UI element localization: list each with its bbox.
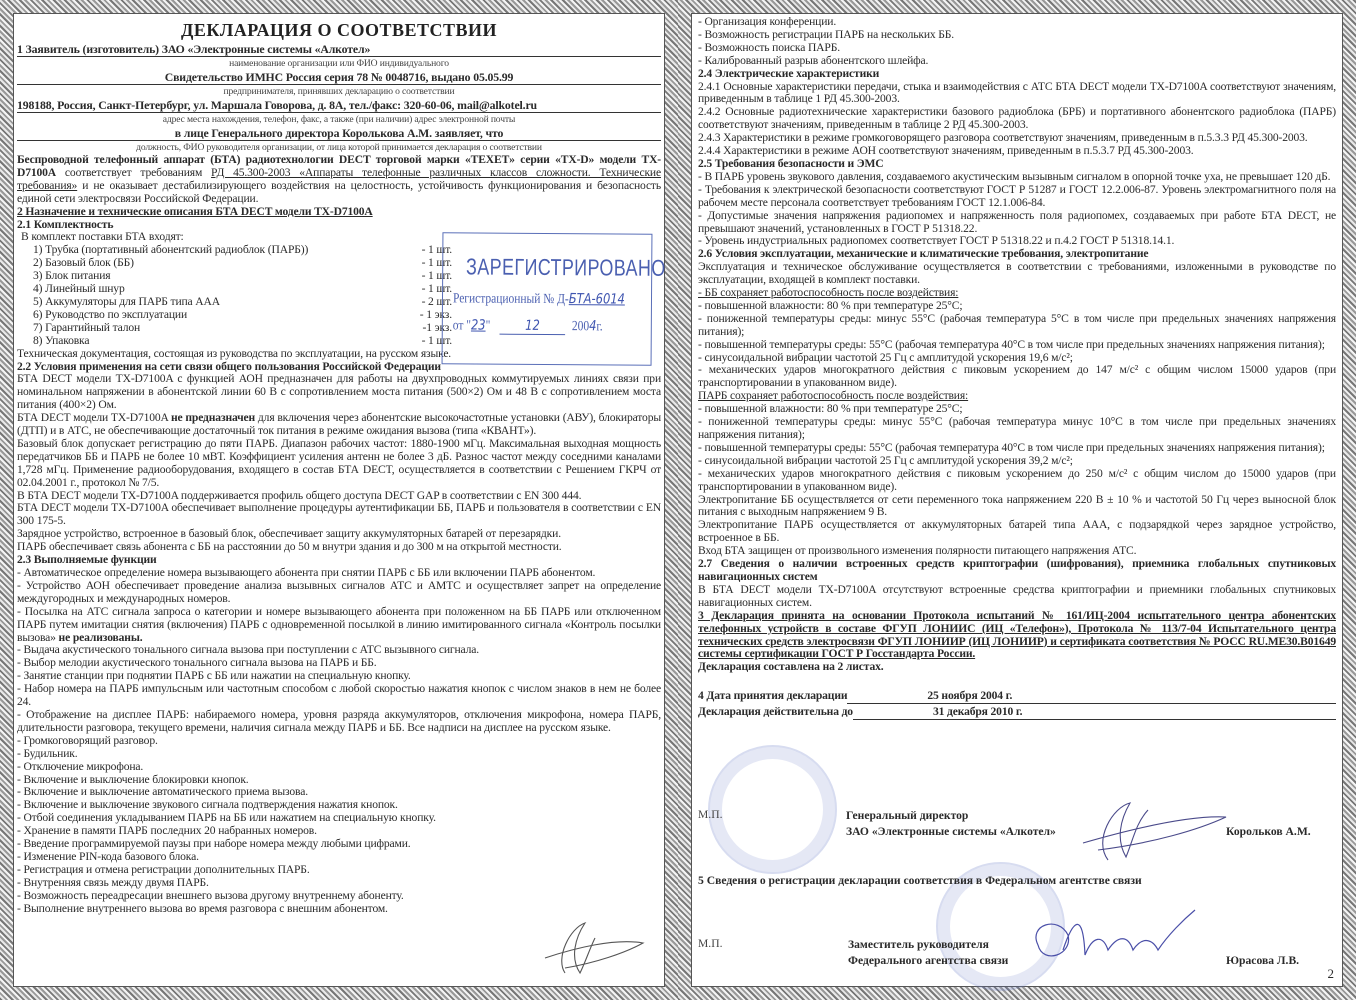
signer-2-name: Юрасова Л.В.	[1226, 953, 1299, 969]
function-item: - Посылка на АТС сигнала запроса о катег…	[17, 606, 661, 645]
functions-continued: - Организация конференции.- Возможность …	[698, 16, 1336, 68]
applicant-line: 1 Заявитель (изготовитель) ЗАО «Электрон…	[17, 42, 661, 57]
bb-condition: - повышенной температуры среды: 55°С (ра…	[698, 339, 1336, 352]
function-item: - Выполнение внутреннего вызова во время…	[17, 903, 661, 916]
stamp-day-suffix: "	[486, 319, 491, 334]
signer-2-org: Федерального агентства связи	[848, 953, 1008, 969]
kit-item-name: 6) Руководство по эксплуатации	[17, 309, 392, 322]
function-item: - Возможность регистрации ПАРБ на нескол…	[698, 29, 1336, 42]
stamp-year-prefix: 200	[572, 319, 589, 334]
stamp-title: ЗАРЕГИСТРИРОВАНО	[466, 253, 628, 281]
function-item: - Возможность переадресации внешнего выз…	[17, 890, 661, 903]
kit-item-name: 5) Аккумуляторы для ПАРБ типа ААА	[17, 296, 392, 309]
s25-list: - В ПАРБ уровень звукового давления, соз…	[698, 171, 1336, 248]
address-line: 198188, Россия, Санкт-Петербург, ул. Мар…	[17, 98, 661, 113]
registration-stamp: ЗАРЕГИСТРИРОВАНО Регистрационный № Д-БТА…	[442, 232, 653, 365]
function-item: - Организация конференции.	[698, 16, 1336, 29]
signer-2-title: Заместитель руководителя	[848, 937, 1008, 953]
company-seal	[708, 745, 837, 874]
s22-paragraph-1: БТА DECT модели TX-D7100A с функцией АОН…	[17, 373, 661, 412]
not-intended-emphasis: не предназначен	[171, 411, 255, 424]
certificate-line: Свидетельство ИМНС Россия серия 78 № 004…	[17, 70, 661, 85]
functions-list: - Автоматическое определение номера вызы…	[17, 567, 661, 915]
signer-1-name: Корольков А.М.	[1226, 824, 1311, 840]
mp-1: М.П.	[698, 808, 722, 821]
function-item: - Отключение микрофона.	[17, 761, 661, 774]
bb-list: - повышенной влажности: 80 % при темпера…	[698, 300, 1336, 390]
bb-title: - ББ сохраняет работоспособность после в…	[698, 287, 1336, 300]
s24-list: 2.4.1 Основные характеристики передачи, …	[698, 81, 1336, 158]
stamp-date-prefix: от "	[453, 318, 471, 333]
stamp-reg-label: Регистрационный № Д-	[453, 291, 569, 307]
date-accepted-label: 4 Дата принятия декларации	[698, 688, 847, 704]
section-2-7-heading: 2.7 Сведения о наличии встроенных средст…	[698, 558, 1336, 584]
parb-condition: - пониженной температуры среды: минус 55…	[698, 416, 1336, 442]
stamp-reg-number-row: Регистрационный № Д-БТА-6014	[453, 290, 615, 308]
date-accepted-row: 4 Дата принятия декларации 25 ноября 200…	[698, 688, 1336, 704]
complies-text: соответствует требованиям	[56, 166, 211, 179]
applicant-hint: наименование организации или ФИО индивид…	[17, 57, 661, 70]
valid-until-label: Декларация действительна до	[698, 704, 853, 720]
s25-item: - В ПАРБ уровень звукового давления, соз…	[698, 171, 1336, 184]
function-item: - Введение программируемой паузы при наб…	[17, 838, 661, 851]
kit-item-name: 8) Упаковка	[17, 335, 392, 348]
document-spread: ДЕКЛАРАЦИЯ О СООТВЕТСТВИИ 1 Заявитель (и…	[0, 0, 1356, 1000]
parb-list: - повышенной влажности: 80 % при темпера…	[698, 403, 1336, 493]
bb-condition: - повышенной влажности: 80 % при темпера…	[698, 300, 1336, 313]
power-item: Электропитание ББ осуществляется от сети…	[698, 494, 1336, 520]
stamp-month: 12	[500, 318, 566, 335]
s25-item: - Допустимые значения напряжения радиопо…	[698, 210, 1336, 236]
mp-2: М.П.	[698, 937, 722, 950]
stamp-day: 23	[471, 317, 486, 333]
kit-item-name: 7) Гарантийный талон	[17, 322, 392, 335]
s22-paragraph-2: БТА DECT модели TX-D7100A не предназначе…	[17, 412, 661, 438]
s25-item: - Требования к электрической безопасност…	[698, 184, 1336, 210]
function-item: - Автоматическое определение номера вызы…	[17, 567, 661, 580]
function-item: - Набор номера на ПАРБ импульсным или ча…	[17, 683, 661, 709]
page-1: ДЕКЛАРАЦИЯ О СООТВЕТСТВИИ 1 Заявитель (и…	[0, 0, 678, 1000]
product-statement: Беспроводной телефонный аппарат (БТА) ра…	[17, 154, 661, 206]
section-2-5-heading: 2.5 Требования безопасности и ЭМС	[698, 158, 1336, 171]
signer-2-block: Заместитель руководителя Федерального аг…	[848, 937, 1008, 969]
section-2-4-heading: 2.4 Электрические характеристики	[698, 68, 1336, 81]
stamp-date-row: от "23" 122004г.	[453, 317, 615, 335]
function-item: - Калиброванный разрыв абонентского шлей…	[698, 55, 1336, 68]
section-5-heading: 5 Сведения о регистрации декларации соот…	[698, 873, 1142, 889]
s24-item: 2.4.2 Основные радиотехнические характер…	[698, 106, 1336, 132]
stamp-reg-number: БТА-6014	[569, 291, 625, 307]
valid-until-value: 31 декабря 2010 г.	[853, 704, 1336, 720]
page-2: - Организация конференции.- Возможность …	[678, 0, 1356, 1000]
s27-text: В БТА DECT модели TX-D7100A отсутствуют …	[698, 584, 1336, 610]
s22-paragraph-3: Базовый блок допускает регистрацию до пя…	[17, 438, 661, 490]
document-title: ДЕКЛАРАЦИЯ О СООТВЕТСТВИИ	[17, 18, 661, 42]
date-accepted-value: 25 ноября 2004 г.	[847, 688, 1336, 704]
signer-1-block: Генеральный директор ЗАО «Электронные си…	[846, 808, 1056, 840]
address-hint: адрес места нахождения, телефон, факс, а…	[17, 113, 661, 126]
function-item: - Возможность поиска ПАРБ.	[698, 42, 1336, 55]
not-implemented-emphasis: не реализованы.	[59, 631, 143, 644]
section-2-heading: 2 Назначение и технические описания БТА …	[17, 206, 661, 219]
certificate-hint: предпринимателя, принявших декларацию о …	[17, 85, 661, 98]
section-3-basis: 3 Декларация принята на основании Проток…	[698, 610, 1336, 662]
valid-until-row: Декларация действительна до 31 декабря 2…	[698, 704, 1336, 720]
page-number: 2	[1328, 966, 1335, 982]
page-1-content: ДЕКЛАРАЦИЯ О СООТВЕТСТВИИ 1 Заявитель (и…	[17, 16, 661, 984]
director-line: в лице Генерального директора Королькова…	[17, 126, 661, 141]
function-item: - Будильник.	[17, 748, 661, 761]
s22-p2-a: БТА DECT модели TX-D7100A	[17, 411, 171, 424]
s22-paragraph-5: БТА DECT модели TX-D7100A обеспечивает в…	[17, 502, 661, 528]
sheets-count: Декларация составлена на 2 листах.	[698, 661, 1336, 674]
function-item: - Громкоговорящий разговор.	[17, 735, 661, 748]
parb-condition: - механических ударов многократного дейс…	[698, 468, 1336, 494]
bb-condition: - пониженной температуры среды: минус 55…	[698, 313, 1336, 339]
s26-intro: Эксплуатация и техническое обслуживание …	[698, 261, 1336, 287]
stamp-year-suffix: г.	[596, 319, 602, 334]
power-item: Электропитание ПАРБ осуществляется от ак…	[698, 519, 1336, 545]
power-list: Электропитание ББ осуществляется от сети…	[698, 494, 1336, 559]
s24-item: 2.4.1 Основные характеристики передачи, …	[698, 81, 1336, 107]
signer-1-org: ЗАО «Электронные системы «Алкотел»	[846, 824, 1056, 840]
function-item: - Изменение PIN-кода базового блока.	[17, 851, 661, 864]
function-item: - Отображение на дисплее ПАРБ: набираемо…	[17, 709, 661, 735]
bb-condition: - механических ударов многократного дейс…	[698, 364, 1336, 390]
parb-condition: - синусоидальной вибрации частотой 25 Гц…	[698, 455, 1336, 468]
function-item: - Внутренняя связь между двумя ПАРБ.	[17, 877, 661, 890]
function-item: - Устройство АОН обеспечивает проведение…	[17, 580, 661, 606]
statement-rest: и не оказывает дестабилизирующего воздей…	[17, 179, 661, 205]
parb-condition: - повышенной температуры среды: 55°С (ра…	[698, 442, 1336, 455]
signer-1-title: Генеральный директор	[846, 808, 1056, 824]
function-item: - Регистрация и отмена регистрации допол…	[17, 864, 661, 877]
